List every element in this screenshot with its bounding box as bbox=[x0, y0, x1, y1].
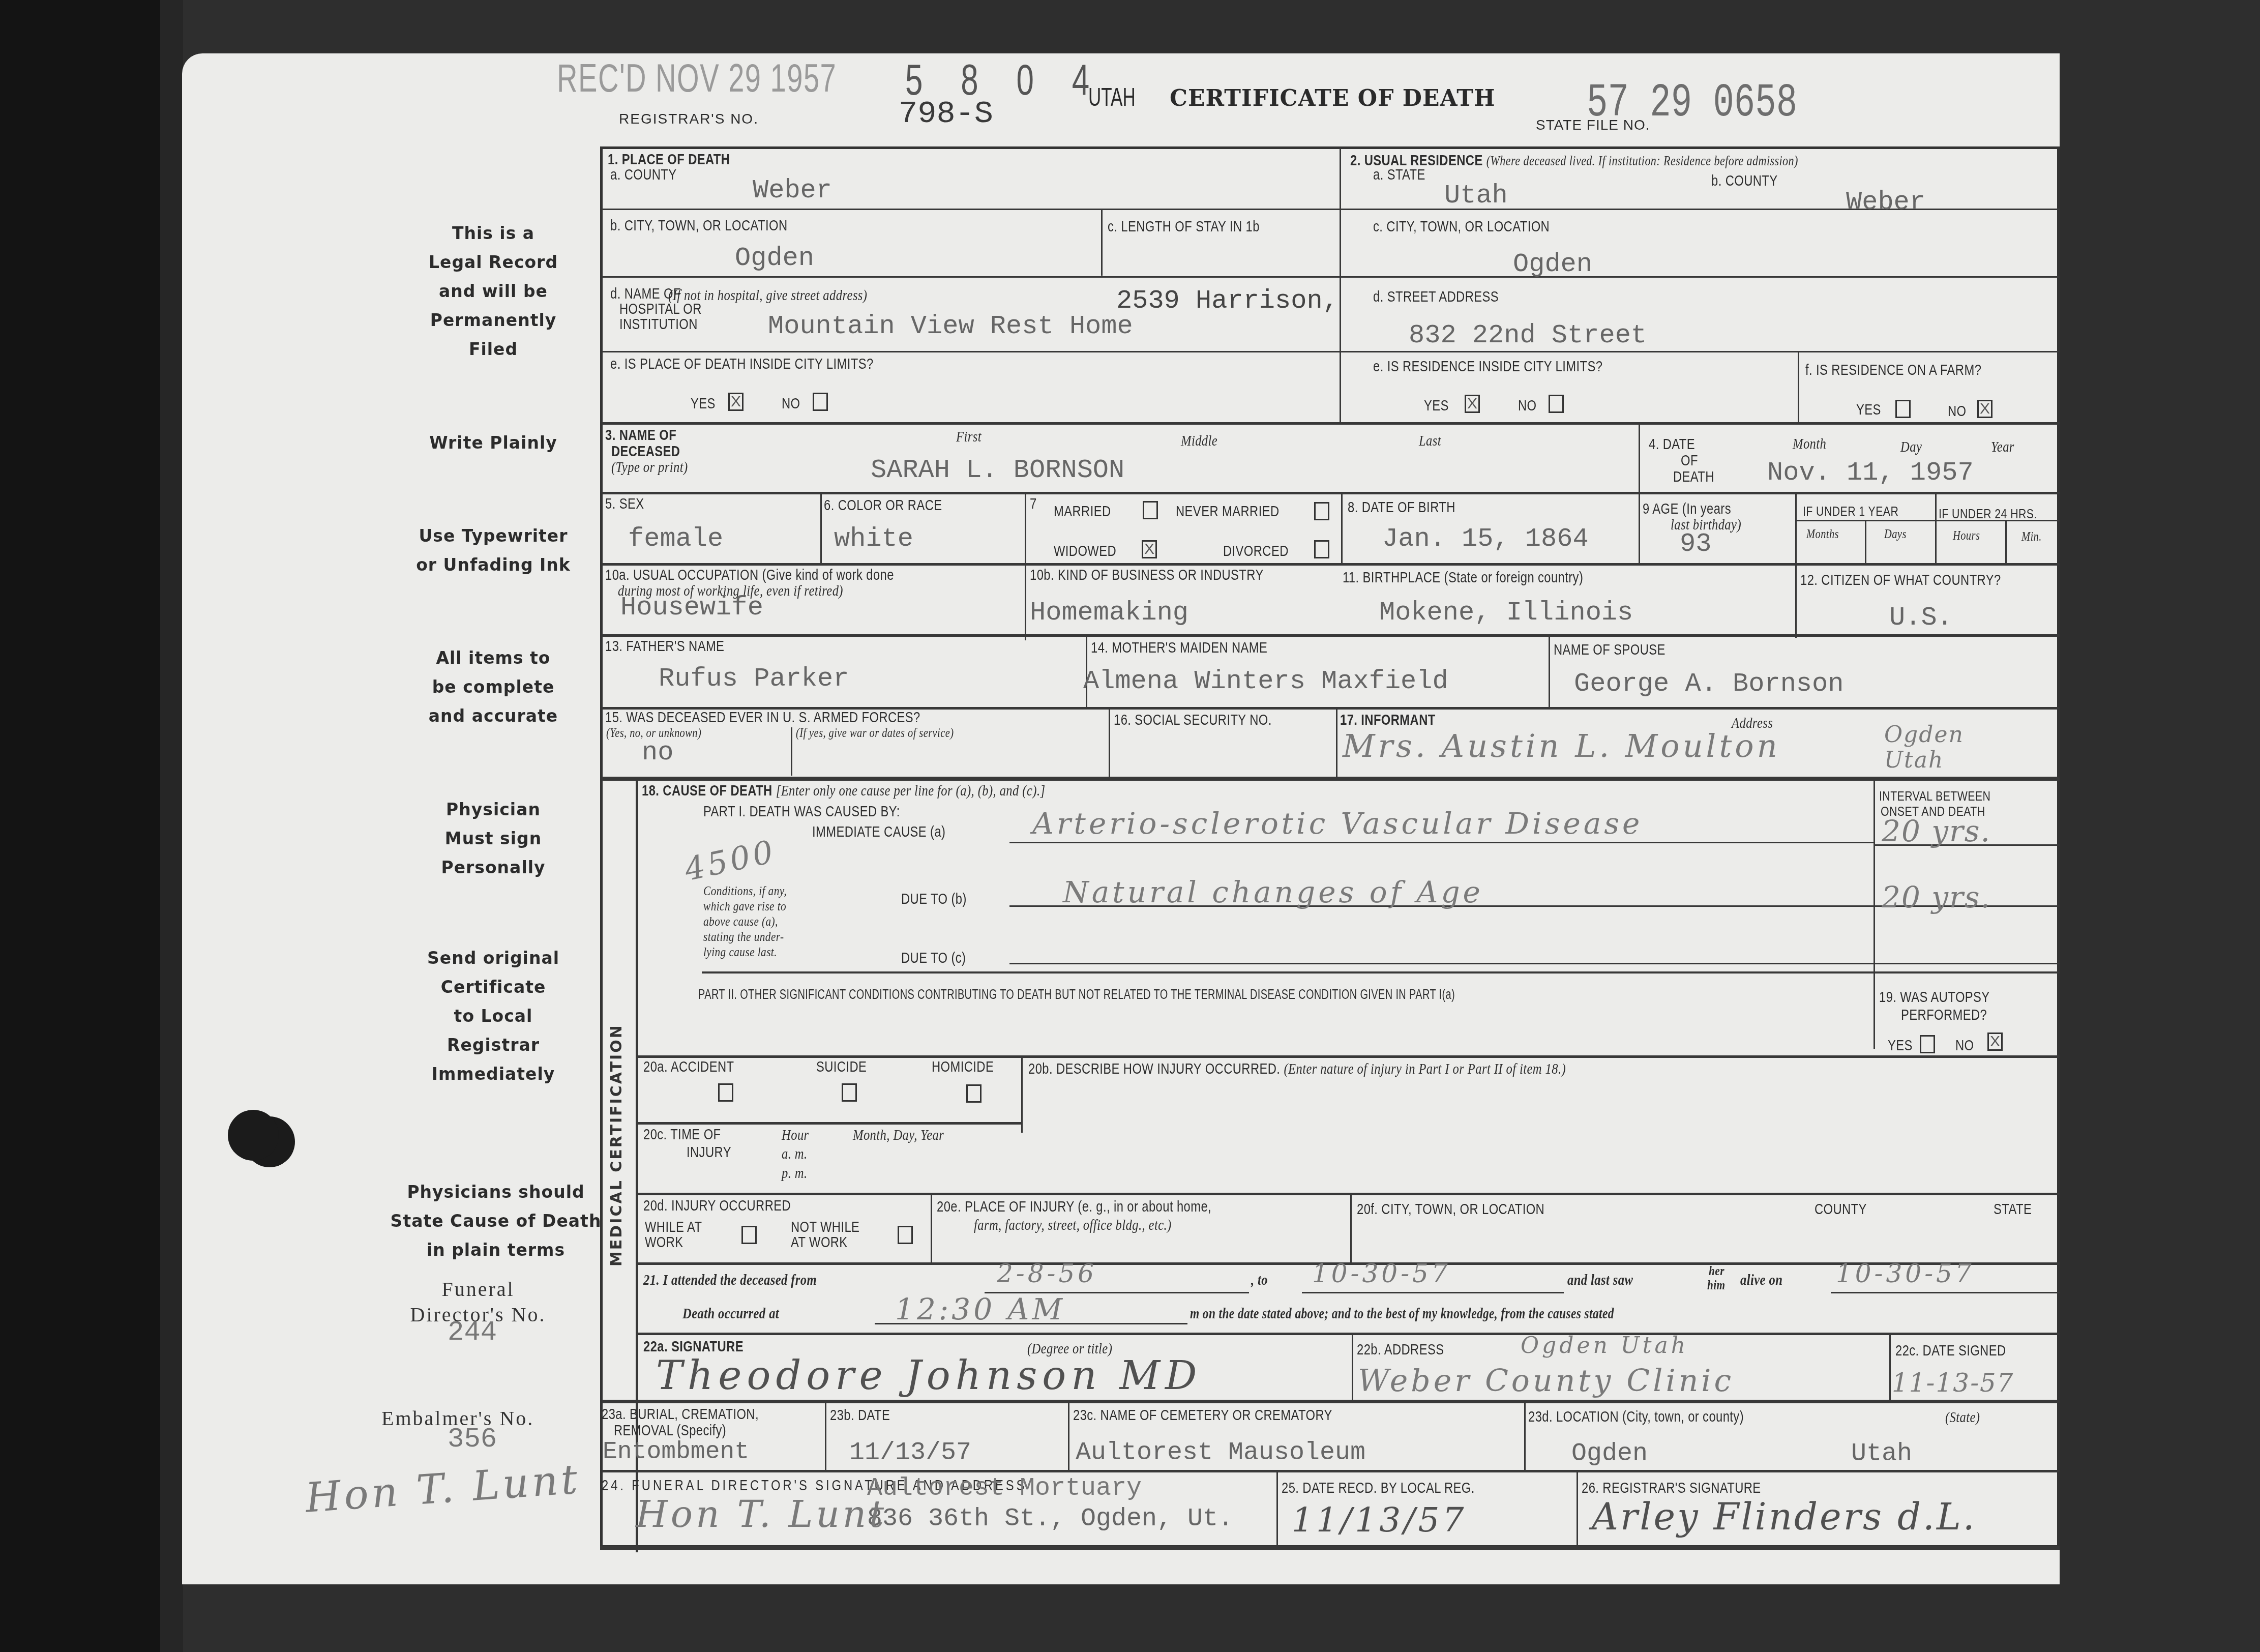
burial-label: 23a. BURIAL, CREMATION, bbox=[602, 1406, 759, 1423]
months-label: Months bbox=[1806, 527, 1839, 542]
scan-border-left bbox=[0, 0, 160, 1652]
informant-label: 17. INFORMANT bbox=[1340, 712, 1436, 729]
injury-county-label: COUNTY bbox=[1815, 1201, 1867, 1218]
birthplace-label: 11. BIRTHPLACE (State or foreign country… bbox=[1343, 570, 1583, 586]
scan-border-shadow bbox=[160, 0, 183, 1652]
margin-line: State Cause of Death bbox=[389, 1206, 603, 1235]
citizen[interactable]: U.S. bbox=[1889, 603, 1953, 633]
part2-label: PART II. OTHER SIGNIFICANT CONDITIONS CO… bbox=[698, 987, 1455, 1002]
interval-a[interactable]: 20 yrs. bbox=[1882, 814, 1991, 848]
res-state[interactable]: Utah bbox=[1444, 181, 1508, 211]
margin-line: Must sign bbox=[409, 824, 577, 853]
yes-label: YES bbox=[1856, 402, 1881, 419]
hours-label: Hours bbox=[1953, 529, 1980, 543]
place-of-death-label: 1. PLACE OF DEATH bbox=[608, 152, 730, 168]
margin-line: All items to bbox=[409, 643, 577, 672]
divider bbox=[1352, 1334, 1353, 1400]
divider bbox=[1889, 1334, 1891, 1400]
farm-label: f. IS RESIDENCE ON A FARM? bbox=[1805, 362, 1981, 379]
divider bbox=[602, 276, 2060, 278]
registrar-signature-label: 26. REGISTRAR'S SIGNATURE bbox=[1582, 1480, 1761, 1497]
divider bbox=[602, 1400, 2060, 1403]
label-line: NOT WHILE bbox=[791, 1220, 859, 1235]
homicide-label: HOMICIDE bbox=[932, 1059, 994, 1076]
describe-injury-hint: (Enter nature of injury in Part I or Par… bbox=[1284, 1060, 1566, 1077]
describe-injury-label: 20b. DESCRIBE HOW INJURY OCCURRED. (Ente… bbox=[1028, 1060, 1566, 1078]
date-signed-label: 22c. DATE SIGNED bbox=[1895, 1343, 2006, 1360]
hint-line: which gave rise to bbox=[703, 899, 787, 914]
day-label: Day bbox=[1900, 438, 1922, 456]
informant-name[interactable]: Mrs. Austin L. Moulton bbox=[1343, 727, 1780, 764]
autopsy-no-checkbox[interactable]: X bbox=[1987, 1032, 2003, 1051]
sex-label: 5. SEX bbox=[605, 496, 644, 513]
age-label: 9 AGE (In years bbox=[1643, 501, 1731, 518]
margin-line: in plain terms bbox=[389, 1235, 603, 1264]
margin-line: Write Plainly bbox=[409, 428, 577, 457]
res-county-label: b. COUNTY bbox=[1711, 173, 1778, 190]
margin-line: Funeral bbox=[371, 1277, 585, 1302]
never-married-checkbox[interactable] bbox=[1314, 502, 1329, 520]
divider bbox=[820, 493, 822, 564]
while-at-work-checkbox[interactable] bbox=[741, 1226, 757, 1244]
hint-line: above cause (a), bbox=[703, 914, 787, 929]
margin-note-write-plainly: Write Plainly bbox=[409, 428, 577, 457]
name-label: DECEASED bbox=[611, 444, 680, 460]
burial-state[interactable]: Utah bbox=[1851, 1439, 1912, 1468]
due-to-c-label: DUE TO (c) bbox=[901, 950, 966, 967]
alive-on-label: alive on bbox=[1740, 1272, 1782, 1289]
divider bbox=[637, 1122, 1022, 1125]
time-of-injury-label: INJURY bbox=[687, 1144, 731, 1161]
page-title: CERTIFICATE OF DEATH bbox=[1170, 85, 1495, 111]
embalmer-no: 356 bbox=[448, 1424, 497, 1455]
him-label: him bbox=[1707, 1278, 1726, 1293]
divider bbox=[791, 727, 792, 776]
date-of-birth[interactable]: Jan. 15, 1864 bbox=[1382, 524, 1589, 554]
burial-method[interactable]: Entombment bbox=[603, 1438, 749, 1466]
location-state-label: (State) bbox=[1945, 1409, 1980, 1426]
year-label: Year bbox=[1991, 438, 2014, 456]
place-of-injury-hint: farm, factory, street, office bldg., etc… bbox=[974, 1217, 1172, 1234]
alive-on-line bbox=[1831, 1292, 2060, 1293]
margin-line: Immediately bbox=[409, 1059, 577, 1088]
inside-city-no-checkbox[interactable] bbox=[813, 393, 828, 411]
margin-line: This is a bbox=[409, 219, 577, 248]
label-line: WHILE AT bbox=[645, 1220, 702, 1235]
hint-line: lying cause last. bbox=[703, 945, 787, 960]
cause-a-line bbox=[1009, 842, 1874, 843]
institution-name[interactable]: Mountain View Rest Home bbox=[768, 311, 1133, 341]
divider bbox=[2005, 520, 2007, 563]
interval-label: INTERVAL BETWEEN bbox=[1879, 788, 1990, 804]
res-county[interactable]: Weber bbox=[1846, 187, 1925, 217]
farm-no-checkbox[interactable]: X bbox=[1977, 400, 1993, 418]
yes-label: YES bbox=[1888, 1038, 1913, 1054]
margin-line: or Unfading Ink bbox=[409, 550, 577, 579]
divider bbox=[1874, 779, 1875, 1049]
suicide-label: SUICIDE bbox=[816, 1059, 867, 1076]
usual-residence-hint: (Where deceased lived. If institution: R… bbox=[1486, 153, 1798, 168]
divider bbox=[1524, 1402, 1526, 1471]
attendance-statement: m on the date stated above; and to the b… bbox=[1190, 1305, 1614, 1322]
funeral-home-address[interactable]: 836 36th St., Ogden, Ut. bbox=[867, 1504, 1233, 1533]
am-label: a. m. bbox=[782, 1145, 808, 1163]
institution-label: INSTITUTION bbox=[619, 316, 698, 333]
injury-state-label: STATE bbox=[1994, 1201, 2032, 1218]
date-of-death-label: 4. DATE bbox=[1649, 436, 1695, 453]
farm-yes-checkbox[interactable] bbox=[1895, 400, 1911, 418]
divider bbox=[602, 634, 2060, 637]
last-label: Last bbox=[1419, 432, 1441, 450]
dob-label: 8. DATE OF BIRTH bbox=[1348, 499, 1455, 516]
mother-label: 14. MOTHER'S MAIDEN NAME bbox=[1091, 640, 1267, 657]
inside-city-label: e. IS PLACE OF DEATH INSIDE CITY LIMITS? bbox=[610, 356, 874, 373]
under-24-hrs-label: IF UNDER 24 HRS. bbox=[1939, 506, 2037, 522]
divider bbox=[637, 1193, 2060, 1195]
middle-label: Middle bbox=[1181, 432, 1217, 450]
date-of-death-label: OF bbox=[1681, 453, 1698, 469]
length-of-stay-label: c. LENGTH OF STAY IN 1b bbox=[1108, 219, 1260, 235]
death-city[interactable]: Ogden bbox=[735, 243, 814, 273]
accident-checkbox[interactable] bbox=[718, 1083, 733, 1102]
divider bbox=[931, 1194, 932, 1262]
married-checkbox[interactable] bbox=[1143, 501, 1158, 519]
father-label: 13. FATHER'S NAME bbox=[605, 638, 724, 655]
res-inside-city-no-checkbox[interactable] bbox=[1549, 395, 1564, 413]
registrars-no: 798-S bbox=[899, 96, 993, 132]
cause-of-death-label: 18. CAUSE OF DEATH [Enter only one cause… bbox=[642, 782, 1045, 800]
margin-line: Physician bbox=[409, 795, 577, 824]
date-recd[interactable]: 11/13/57 bbox=[1292, 1500, 1467, 1540]
divider bbox=[825, 1402, 826, 1471]
interval-b[interactable]: 20 yrs. bbox=[1882, 880, 1991, 914]
cause-c-line bbox=[1009, 963, 2060, 964]
date-of-death-label: DEATH bbox=[1673, 469, 1714, 486]
mdy-label: Month, Day, Year bbox=[853, 1127, 944, 1144]
divider bbox=[1798, 352, 1799, 423]
city-label: b. CITY, TOWN, OR LOCATION bbox=[610, 218, 787, 234]
name-hint: (Type or print) bbox=[611, 459, 688, 476]
margin-note-typewriter: Use Typewriter or Unfading Ink bbox=[409, 521, 577, 579]
homicide-checkbox[interactable] bbox=[966, 1084, 982, 1103]
not-while-at-work-label: NOT WHILE AT WORK bbox=[791, 1220, 859, 1250]
margin-note-physician-sign: Physician Must sign Personally bbox=[409, 795, 577, 882]
physician-address-line1[interactable]: Ogden Utah bbox=[1521, 1333, 1688, 1359]
no-label: NO bbox=[782, 396, 800, 412]
widowed-label: WIDOWED bbox=[1054, 543, 1116, 560]
armed-forces[interactable]: no bbox=[642, 737, 673, 768]
margin-line: and will be bbox=[409, 277, 577, 306]
medical-certification-label: MEDICAL CERTIFICATION bbox=[608, 1246, 626, 1266]
burial-date-label: 23b. DATE bbox=[830, 1407, 890, 1424]
under-1-year-label: IF UNDER 1 YEAR bbox=[1803, 504, 1898, 519]
cemetery-label: 23c. NAME OF CEMETERY OR CREMATORY bbox=[1073, 1407, 1332, 1424]
state-file-no: 57 29 0658 bbox=[1587, 76, 1797, 130]
informant-address[interactable]: Ogden Utah bbox=[1884, 722, 1945, 773]
never-married-label: NEVER MARRIED bbox=[1176, 504, 1280, 520]
divider bbox=[637, 1055, 2060, 1058]
divider bbox=[600, 1546, 2060, 1550]
divider bbox=[1639, 424, 1640, 492]
divider bbox=[1276, 1471, 1278, 1548]
attended-to[interactable]: 10-30-57 bbox=[1312, 1259, 1451, 1288]
attended-from[interactable]: 2-8-56 bbox=[997, 1259, 1097, 1288]
cause-hint: [Enter only one cause per line for (a), … bbox=[776, 782, 1046, 799]
institution-hint: (If not in hospital, give street address… bbox=[668, 287, 867, 304]
funeral-director-no: 244 bbox=[448, 1317, 497, 1348]
physician-signature[interactable]: Theodore Johnson MD bbox=[656, 1353, 1202, 1399]
death-time[interactable]: 12:30 AM bbox=[895, 1292, 1065, 1326]
sex[interactable]: female bbox=[628, 524, 723, 554]
date-of-death[interactable]: Nov. 11, 1957 bbox=[1767, 458, 1974, 488]
pm-label: p. m. bbox=[782, 1165, 808, 1182]
divider bbox=[602, 1470, 2060, 1472]
divider bbox=[602, 351, 2060, 352]
alive-on[interactable]: 10-30-57 bbox=[1836, 1259, 1975, 1288]
date-signed[interactable]: 11-13-57 bbox=[1892, 1368, 2014, 1398]
occupation[interactable]: Housewife bbox=[620, 593, 763, 623]
label-line: AT WORK bbox=[791, 1235, 859, 1250]
time-of-injury-label: 20c. TIME OF bbox=[643, 1127, 721, 1143]
divider bbox=[602, 209, 1340, 210]
divorced-checkbox[interactable] bbox=[1314, 540, 1329, 558]
divider bbox=[637, 1333, 2060, 1335]
divider bbox=[1577, 1471, 1578, 1548]
received-stamp-date: REC'D NOV 29 1957 bbox=[557, 55, 837, 100]
not-while-at-work-checkbox[interactable] bbox=[898, 1226, 913, 1244]
attended-to-line bbox=[1302, 1292, 1564, 1293]
funeral-home-name[interactable]: Aultorest Mortuary bbox=[867, 1474, 1142, 1503]
margin-line: Send original bbox=[409, 943, 577, 972]
accident-label: 20a. ACCIDENT bbox=[643, 1059, 734, 1076]
res-street-label: d. STREET ADDRESS bbox=[1373, 289, 1499, 306]
min-label: Min. bbox=[2021, 530, 2042, 544]
mother-name[interactable]: Almena Winters Maxfield bbox=[1083, 666, 1448, 696]
first-label: First bbox=[956, 428, 982, 446]
no-label: NO bbox=[1948, 403, 1966, 420]
ssn-label: 16. SOCIAL SECURITY NO. bbox=[1114, 712, 1272, 729]
no-label: NO bbox=[1518, 398, 1536, 415]
marital-label: 7 bbox=[1030, 496, 1037, 513]
hint-line: Conditions, if any, bbox=[703, 883, 787, 899]
margin-line: Registrar bbox=[409, 1030, 577, 1059]
business-label: 10b. KIND OF BUSINESS OR INDUSTRY bbox=[1030, 567, 1264, 584]
margin-line: Legal Record bbox=[409, 248, 577, 277]
physician-address-line2[interactable]: Weber County Clinic bbox=[1358, 1363, 1734, 1399]
no-label: NO bbox=[1955, 1038, 1974, 1054]
divider bbox=[602, 422, 2060, 425]
inside-city-yes-checkbox[interactable]: X bbox=[728, 393, 744, 411]
margin-line: Filed bbox=[409, 335, 577, 364]
margin-line: Permanently bbox=[409, 306, 577, 335]
suicide-checkbox[interactable] bbox=[842, 1083, 857, 1102]
deceased-name[interactable]: SARAH L. BORNSON bbox=[871, 455, 1124, 485]
last-saw-label: and last saw bbox=[1567, 1272, 1633, 1289]
death-occurred-label: Death occurred at bbox=[682, 1305, 779, 1322]
divider bbox=[602, 777, 2060, 781]
name-label: 3. NAME OF bbox=[605, 427, 676, 444]
res-street[interactable]: 832 22nd Street bbox=[1409, 320, 1647, 350]
spouse-label: NAME OF SPOUSE bbox=[1554, 642, 1666, 659]
divider bbox=[1109, 708, 1110, 777]
divider bbox=[1021, 1056, 1023, 1133]
res-inside-city-label: e. IS RESIDENCE INSIDE CITY LIMITS? bbox=[1373, 359, 1602, 375]
citizen-label: 12. CITIZEN OF WHAT COUNTRY? bbox=[1800, 572, 2001, 589]
divider bbox=[1341, 493, 1343, 564]
divider bbox=[1336, 708, 1337, 777]
place-of-injury-label: 20e. PLACE OF INJURY (e. g., in or about… bbox=[937, 1199, 1211, 1216]
due-to-b[interactable]: Natural changes of Age bbox=[1063, 875, 1483, 909]
widowed-checkbox[interactable]: X bbox=[1142, 540, 1157, 558]
autopsy-yes-checkbox[interactable] bbox=[1920, 1035, 1935, 1053]
her-label: her bbox=[1709, 1263, 1724, 1279]
divider bbox=[1025, 493, 1026, 640]
registrars-no-label: REGISTRAR'S NO. bbox=[619, 111, 759, 127]
race-label: 6. COLOR OR RACE bbox=[824, 497, 942, 514]
yes-label: YES bbox=[691, 396, 716, 412]
conditions-hint: Conditions, if any, which gave rise to a… bbox=[703, 883, 787, 960]
occupation-label: 10a. USUAL OCCUPATION (Give kind of work… bbox=[605, 567, 894, 584]
immediate-cause-label: IMMEDIATE CAUSE (a) bbox=[812, 824, 945, 841]
attended-label: 21. I attended the deceased from bbox=[643, 1272, 817, 1289]
injury-occurred-label: 20d. INJURY OCCURRED bbox=[643, 1198, 791, 1215]
armed-forces-hint: (If yes, give war or dates of service) bbox=[796, 726, 954, 741]
days-label: Days bbox=[1884, 527, 1907, 542]
birthplace[interactable]: Mokene, Illinois bbox=[1379, 598, 1633, 628]
margin-note-legal-record: This is a Legal Record and will be Perma… bbox=[409, 219, 577, 364]
res-city[interactable]: Ogden bbox=[1513, 249, 1592, 279]
margin-line: Use Typewriter bbox=[409, 521, 577, 550]
divider bbox=[1639, 493, 1640, 564]
part1-label: PART I. DEATH WAS CAUSED BY: bbox=[703, 804, 900, 820]
month-label: Month bbox=[1793, 435, 1826, 453]
married-label: MARRIED bbox=[1054, 504, 1111, 520]
title-state: UTAH bbox=[1088, 82, 1136, 112]
hour-label: Hour bbox=[782, 1127, 809, 1144]
injury-city-label: 20f. CITY, TOWN, OR LOCATION bbox=[1357, 1201, 1544, 1218]
father-name[interactable]: Rufus Parker bbox=[659, 664, 849, 694]
margin-line: and accurate bbox=[409, 701, 577, 730]
age[interactable]: 93 bbox=[1680, 529, 1711, 559]
divider bbox=[1068, 1402, 1069, 1471]
spouse-name[interactable]: George A. Bornson bbox=[1574, 669, 1844, 699]
to-label: , to bbox=[1251, 1272, 1268, 1289]
autopsy-label: 19. WAS AUTOPSY bbox=[1879, 989, 1990, 1006]
hint-line: stating the under- bbox=[703, 929, 787, 945]
date-recd-label: 25. DATE RECD. BY LOCAL REG. bbox=[1282, 1480, 1475, 1497]
label-line: WORK bbox=[645, 1235, 702, 1250]
death-county[interactable]: Weber bbox=[753, 175, 832, 205]
cemetery[interactable]: Aultorest Mausoleum bbox=[1076, 1438, 1365, 1467]
divider bbox=[1549, 636, 1550, 707]
business[interactable]: Homemaking bbox=[1030, 598, 1188, 628]
received-stamp: REC'D NOV 29 1957 bbox=[557, 55, 837, 101]
margin-line: to Local bbox=[409, 1001, 577, 1030]
margin-line: Physicians should bbox=[389, 1177, 603, 1206]
funeral-director-signature[interactable]: Hon T. Lunt bbox=[636, 1493, 887, 1536]
margin-note-send-original: Send original Certificate to Local Regis… bbox=[409, 943, 577, 1088]
location-label: 23d. LOCATION (City, town, or county) bbox=[1528, 1409, 1744, 1426]
divider bbox=[1865, 520, 1866, 563]
divider bbox=[602, 563, 2060, 566]
margin-note-plain-terms: Physicians should State Cause of Death i… bbox=[389, 1177, 603, 1264]
margin-line: Certificate bbox=[409, 972, 577, 1001]
res-state-label: a. STATE bbox=[1373, 167, 1425, 184]
race[interactable]: white bbox=[834, 524, 913, 554]
divider bbox=[1935, 493, 1937, 564]
immediate-cause[interactable]: Arterio-sclerotic Vascular Disease bbox=[1032, 806, 1643, 841]
yes-label: YES bbox=[1424, 398, 1449, 415]
divider bbox=[1340, 147, 1341, 422]
burial-date[interactable]: 11/13/57 bbox=[849, 1438, 971, 1467]
while-at-work-label: WHILE AT WORK bbox=[645, 1220, 702, 1250]
margin-line: be complete bbox=[409, 672, 577, 701]
margin-line: Personally bbox=[409, 853, 577, 882]
registrar-signature[interactable]: Arley Flinders d.L. bbox=[1592, 1495, 1977, 1538]
due-to-b-label: DUE TO (b) bbox=[901, 891, 967, 908]
res-city-label: c. CITY, TOWN, OR LOCATION bbox=[1373, 219, 1550, 235]
county-label: a. COUNTY bbox=[610, 167, 677, 184]
res-inside-city-yes-checkbox[interactable]: X bbox=[1465, 395, 1480, 413]
divider bbox=[702, 971, 2060, 973]
divorced-label: DIVORCED bbox=[1223, 543, 1289, 560]
autopsy-label: PERFORMED? bbox=[1901, 1007, 1987, 1024]
burial-label: REMOVAL (Specify) bbox=[614, 1423, 726, 1439]
punch-hole-icon bbox=[228, 1110, 279, 1161]
divider bbox=[1350, 1194, 1352, 1262]
margin-note-complete: All items to be complete and accurate bbox=[409, 643, 577, 730]
address-label: 22b. ADDRESS bbox=[1357, 1342, 1444, 1359]
burial-city[interactable]: Ogden bbox=[1571, 1439, 1648, 1468]
institution-address[interactable]: 2539 Harrison, bbox=[1116, 286, 1339, 316]
armed-forces-label: 15. WAS DECEASED EVER IN U. S. ARMED FOR… bbox=[605, 710, 920, 726]
divider bbox=[1101, 210, 1103, 276]
describe-injury-text: 20b. DESCRIBE HOW INJURY OCCURRED. bbox=[1028, 1061, 1280, 1077]
